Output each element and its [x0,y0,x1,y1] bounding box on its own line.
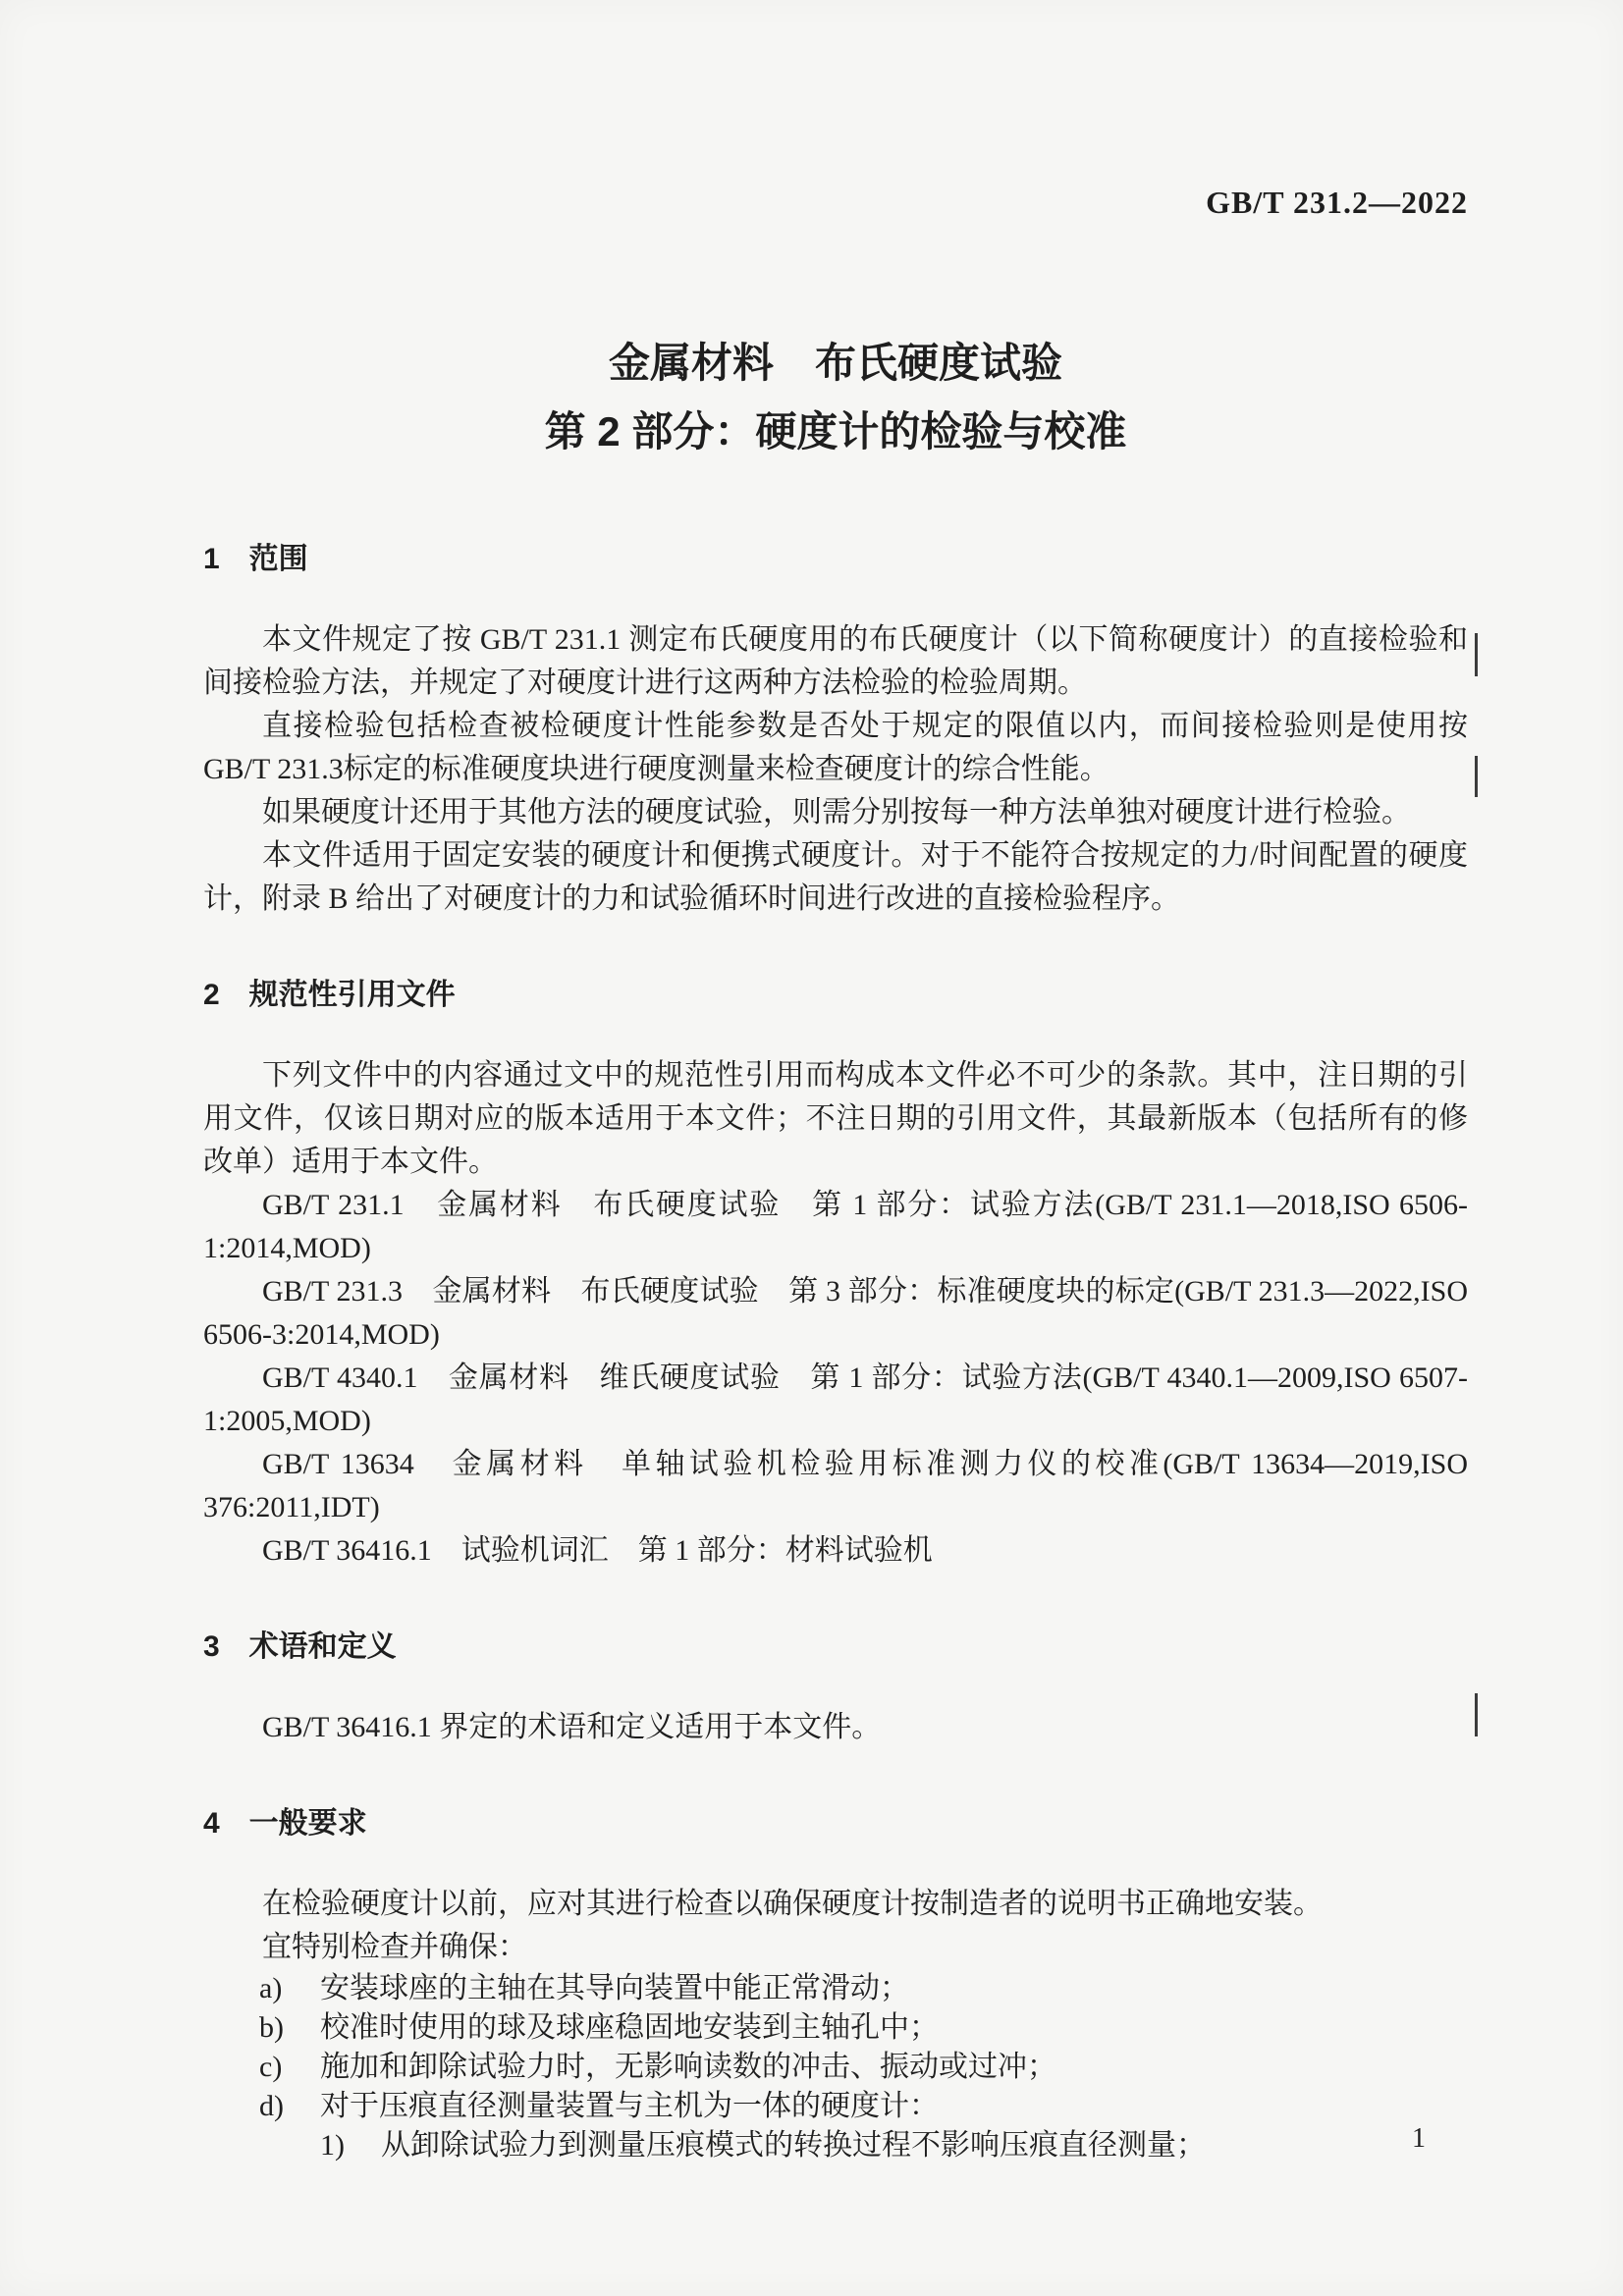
reference-entry: GB/T 13634 金属材料 单轴试验机检验用标准测力仪的校准(GB/T 13… [203,1443,1468,1529]
title-line-1: 金属材料 布氏硬度试验 [203,338,1468,389]
reference-entry: GB/T 231.3 金属材料 布氏硬度试验 第 3 部分：标准硬度块的标定(G… [203,1270,1468,1357]
list-item-marker: c) [259,2048,320,2087]
paragraph: 本文件规定了按 GB/T 231.1 测定布氏硬度用的布氏硬度计（以下简称硬度计… [203,618,1468,705]
paragraph: 直接检验包括检查被检硬度计性能参数是否处于规定的限值以内，而间接检验则是使用按G… [203,705,1468,791]
section-heading-scope: 1 范围 [203,540,1468,579]
list-item-text: 从卸除试验力到测量压痕模式的转换过程不影响压痕直径测量； [381,2126,1468,2165]
paragraph: GB/T 36416.1 界定的术语和定义适用于本文件。 [203,1706,1468,1749]
document-page: GB/T 231.2—2022 金属材料 布氏硬度试验 第 2 部分：硬度计的检… [0,0,1623,2296]
change-marker-bar [1475,1693,1478,1736]
paragraph: 本文件适用于固定安装的硬度计和便携式硬度计。对于不能符合按规定的力/时间配置的硬… [203,834,1468,921]
reference-entry: GB/T 36416.1 试验机词汇 第 1 部分：材料试验机 [203,1529,1468,1573]
section-heading-terms-definitions: 3 术语和定义 [203,1628,1468,1667]
paragraph: 如果硬度计还用于其他方法的硬度试验，则需分别按每一种方法单独对硬度计进行检验。 [203,791,1468,834]
list-item: a) 安装球座的主轴在其导向装置中能正常滑动； [203,1969,1468,2008]
list-item-text: 施加和卸除试验力时，无影响读数的冲击、振动或过冲； [320,2048,1468,2087]
sub-list-item: 1) 从卸除试验力到测量压痕模式的转换过程不影响压痕直径测量； [203,2126,1468,2165]
paragraph: 在检验硬度计以前，应对其进行检查以确保硬度计按制造者的说明书正确地安装。 [203,1883,1468,1926]
standard-code: GB/T 231.2—2022 [203,183,1468,222]
list-item-marker: a) [259,1969,320,2008]
list-item-marker: d) [259,2087,320,2126]
paragraph: 宜特别检查并确保： [203,1926,1468,1969]
section-heading-normative-references: 2 规范性引用文件 [203,976,1468,1015]
section-heading-general-requirements: 4 一般要求 [203,1804,1468,1843]
document-content: GB/T 231.2—2022 金属材料 布氏硬度试验 第 2 部分：硬度计的检… [203,0,1468,2165]
list-item-text: 安装球座的主轴在其导向装置中能正常滑动； [320,1969,1468,2008]
list-item-marker: b) [259,2008,320,2048]
list-item: c) 施加和卸除试验力时，无影响读数的冲击、振动或过冲； [203,2048,1468,2087]
document-title: 金属材料 布氏硬度试验 第 2 部分：硬度计的检验与校准 [203,338,1468,457]
list-item: b) 校准时使用的球及球座稳固地安装到主轴孔中； [203,2008,1468,2048]
paragraph: 下列文件中的内容通过文中的规范性引用而构成本文件必不可少的条款。其中，注日期的引… [203,1054,1468,1184]
reference-entry: GB/T 4340.1 金属材料 维氏硬度试验 第 1 部分：试验方法(GB/T… [203,1357,1468,1443]
list-item-text: 校准时使用的球及球座稳固地安装到主轴孔中； [320,2008,1468,2048]
reference-entry: GB/T 231.1 金属材料 布氏硬度试验 第 1 部分：试验方法(GB/T … [203,1184,1468,1270]
change-marker-bar [1475,756,1478,797]
title-line-2: 第 2 部分：硬度计的检验与校准 [203,406,1468,457]
list-item-marker: 1) [320,2126,381,2165]
page-number: 1 [1412,2122,1426,2156]
list-item-text: 对于压痕直径测量装置与主机为一体的硬度计： [320,2087,1468,2126]
list-item: d) 对于压痕直径测量装置与主机为一体的硬度计： [203,2087,1468,2126]
change-marker-bar [1475,633,1478,676]
